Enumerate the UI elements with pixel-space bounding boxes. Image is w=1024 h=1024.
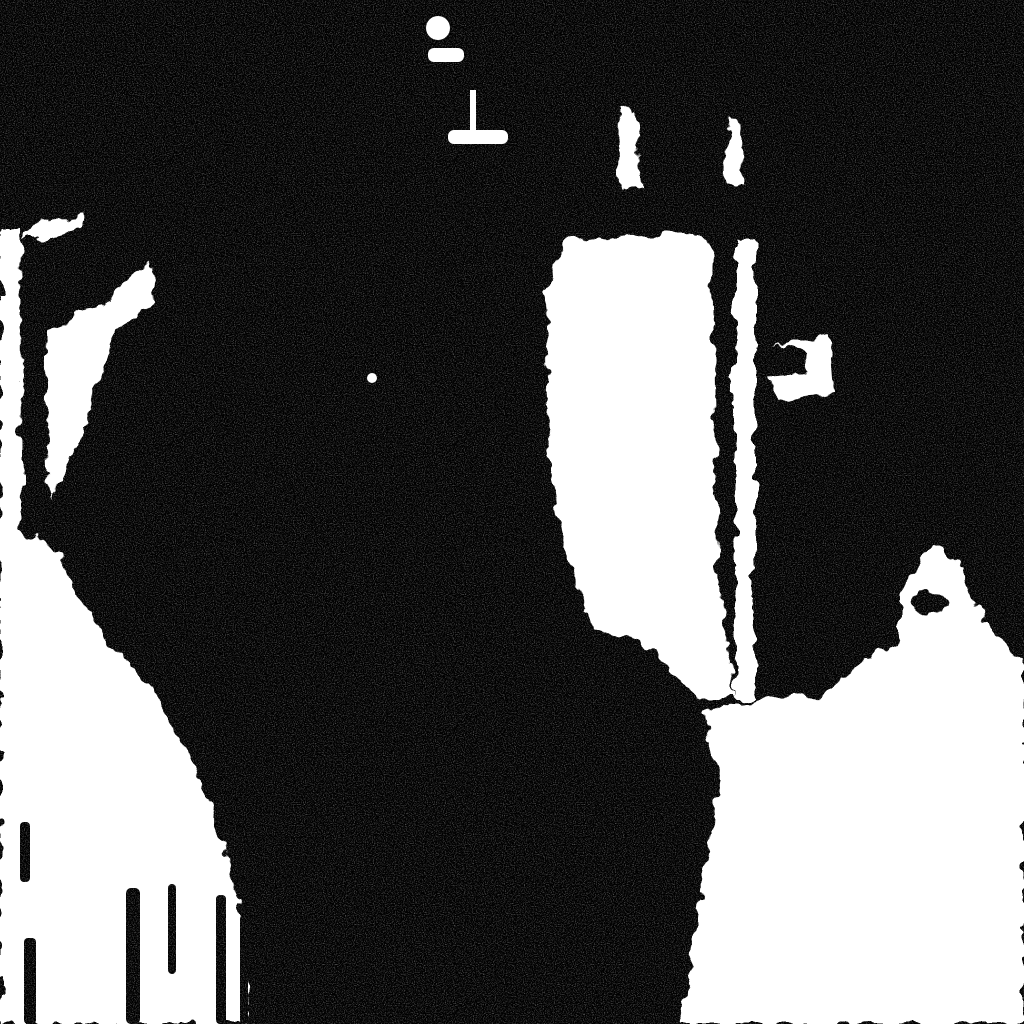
scene-drawing (0, 0, 1024, 1024)
grain-overlay (0, 0, 1024, 1024)
photo-scene (0, 0, 1024, 1024)
